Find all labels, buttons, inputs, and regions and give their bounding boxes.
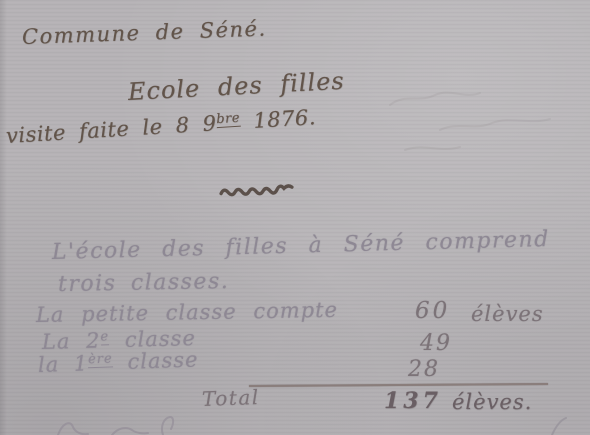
class-row-label: la 1ère classe [38,349,199,376]
visit-date-superscript: bre [216,111,241,128]
visit-date-line: visite faite le 8 9bre 1876. [5,107,316,147]
class-row-suffix: classe [112,347,198,374]
class-row-prefix: La 2 [42,328,101,354]
visit-date-suffix: 1876. [239,105,316,134]
manuscript-page: Commune de Séné. Ecole des filles visite… [0,0,590,435]
partial-bottom-line-strokes [0,408,590,435]
commune-heading: Commune de Séné. [22,18,267,48]
class-row-value: 28 [408,359,440,381]
class-row-superscript: ère [88,351,113,368]
total-label: Total [202,387,260,409]
divider-squiggle [218,181,314,198]
intro-line-2: trois classes. [58,271,230,296]
ink-layer: Commune de Séné. Ecole des filles visite… [0,0,590,435]
visit-date-prefix: visite faite le 8 9 [5,111,217,148]
class-row-unit: élèves [471,304,544,325]
class-row-value: 60 [415,300,450,323]
intro-line-1: L'école des filles à Séné comprend [52,229,550,264]
class-row-label: La petite classe compte [36,300,338,326]
class-row-prefix: la 1 [38,351,89,377]
school-title: Ecole des filles [127,69,345,104]
class-row-prefix: La petite classe compte [36,298,338,327]
class-row-value: 49 [420,333,452,355]
ink-showthrough-marks [380,75,565,165]
sum-rule [249,383,548,387]
